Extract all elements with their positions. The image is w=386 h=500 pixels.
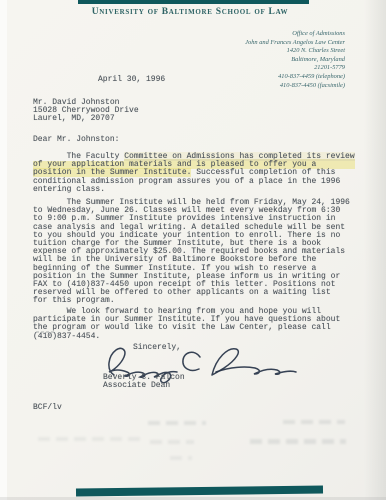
letterhead-address-line: 1420 N. Charles Street [245, 47, 345, 56]
stray-pen-mark [36, 331, 54, 333]
letter-date: April 30, 1996 [98, 75, 165, 84]
bleed-through-mark [170, 456, 192, 460]
bleed-through-mark [150, 440, 194, 444]
letterhead-address-line: 410-837-4450 (facsimile) [245, 82, 345, 91]
scanned-letter-page: University of Baltimore School of Law Of… [0, 0, 386, 500]
bleed-through-mark [148, 421, 206, 425]
paragraph-summer-institute-details: The Summer Institute will be held from F… [33, 199, 350, 305]
letterhead-address-line: Office of Admissions [245, 30, 345, 39]
bleed-through-mark [38, 437, 146, 441]
recipient-address-line: Laurel, MD, 20707 [33, 115, 139, 123]
letterhead-address-line: 410-837-4459 (telephone) [245, 73, 345, 82]
letter-line: entering class. [33, 186, 355, 194]
signature-block: Beverly C. Falcon Associate Dean [103, 374, 185, 390]
letterhead-address-line: Baltimore, Maryland [245, 56, 345, 65]
signer-title: Associate Dean [103, 382, 185, 390]
letter-line: (410)837-4454. [33, 333, 340, 341]
letterhead-address-block: Office of AdmissionsJohn and Frances Ang… [245, 30, 345, 90]
paragraph-closing: We look forward to hearing from you and … [33, 308, 340, 341]
salutation: Dear Mr. Johnston: [33, 135, 119, 144]
letterhead-top-bar [78, 0, 309, 4]
scan-edge-right [364, 0, 386, 500]
bleed-through-mark [250, 439, 346, 444]
letter-line: for this program. [33, 297, 350, 305]
bleed-through-mark [283, 420, 345, 424]
reference-initials: BCF/lv [33, 403, 62, 412]
letterhead-address-line: John and Frances Angelos Law Center [245, 39, 345, 48]
letterhead-address-line: 21201-5779 [245, 64, 345, 73]
recipient-address-block: Mr. David Johnston15028 Cherrywood Drive… [33, 99, 139, 124]
letterhead-bottom-bar [76, 485, 323, 496]
letterhead-school-name: University of Baltimore School of Law [0, 7, 380, 17]
paragraph-offer: The Faculty Committee on Admissions has … [33, 153, 355, 194]
scan-edge-left [0, 0, 7, 500]
